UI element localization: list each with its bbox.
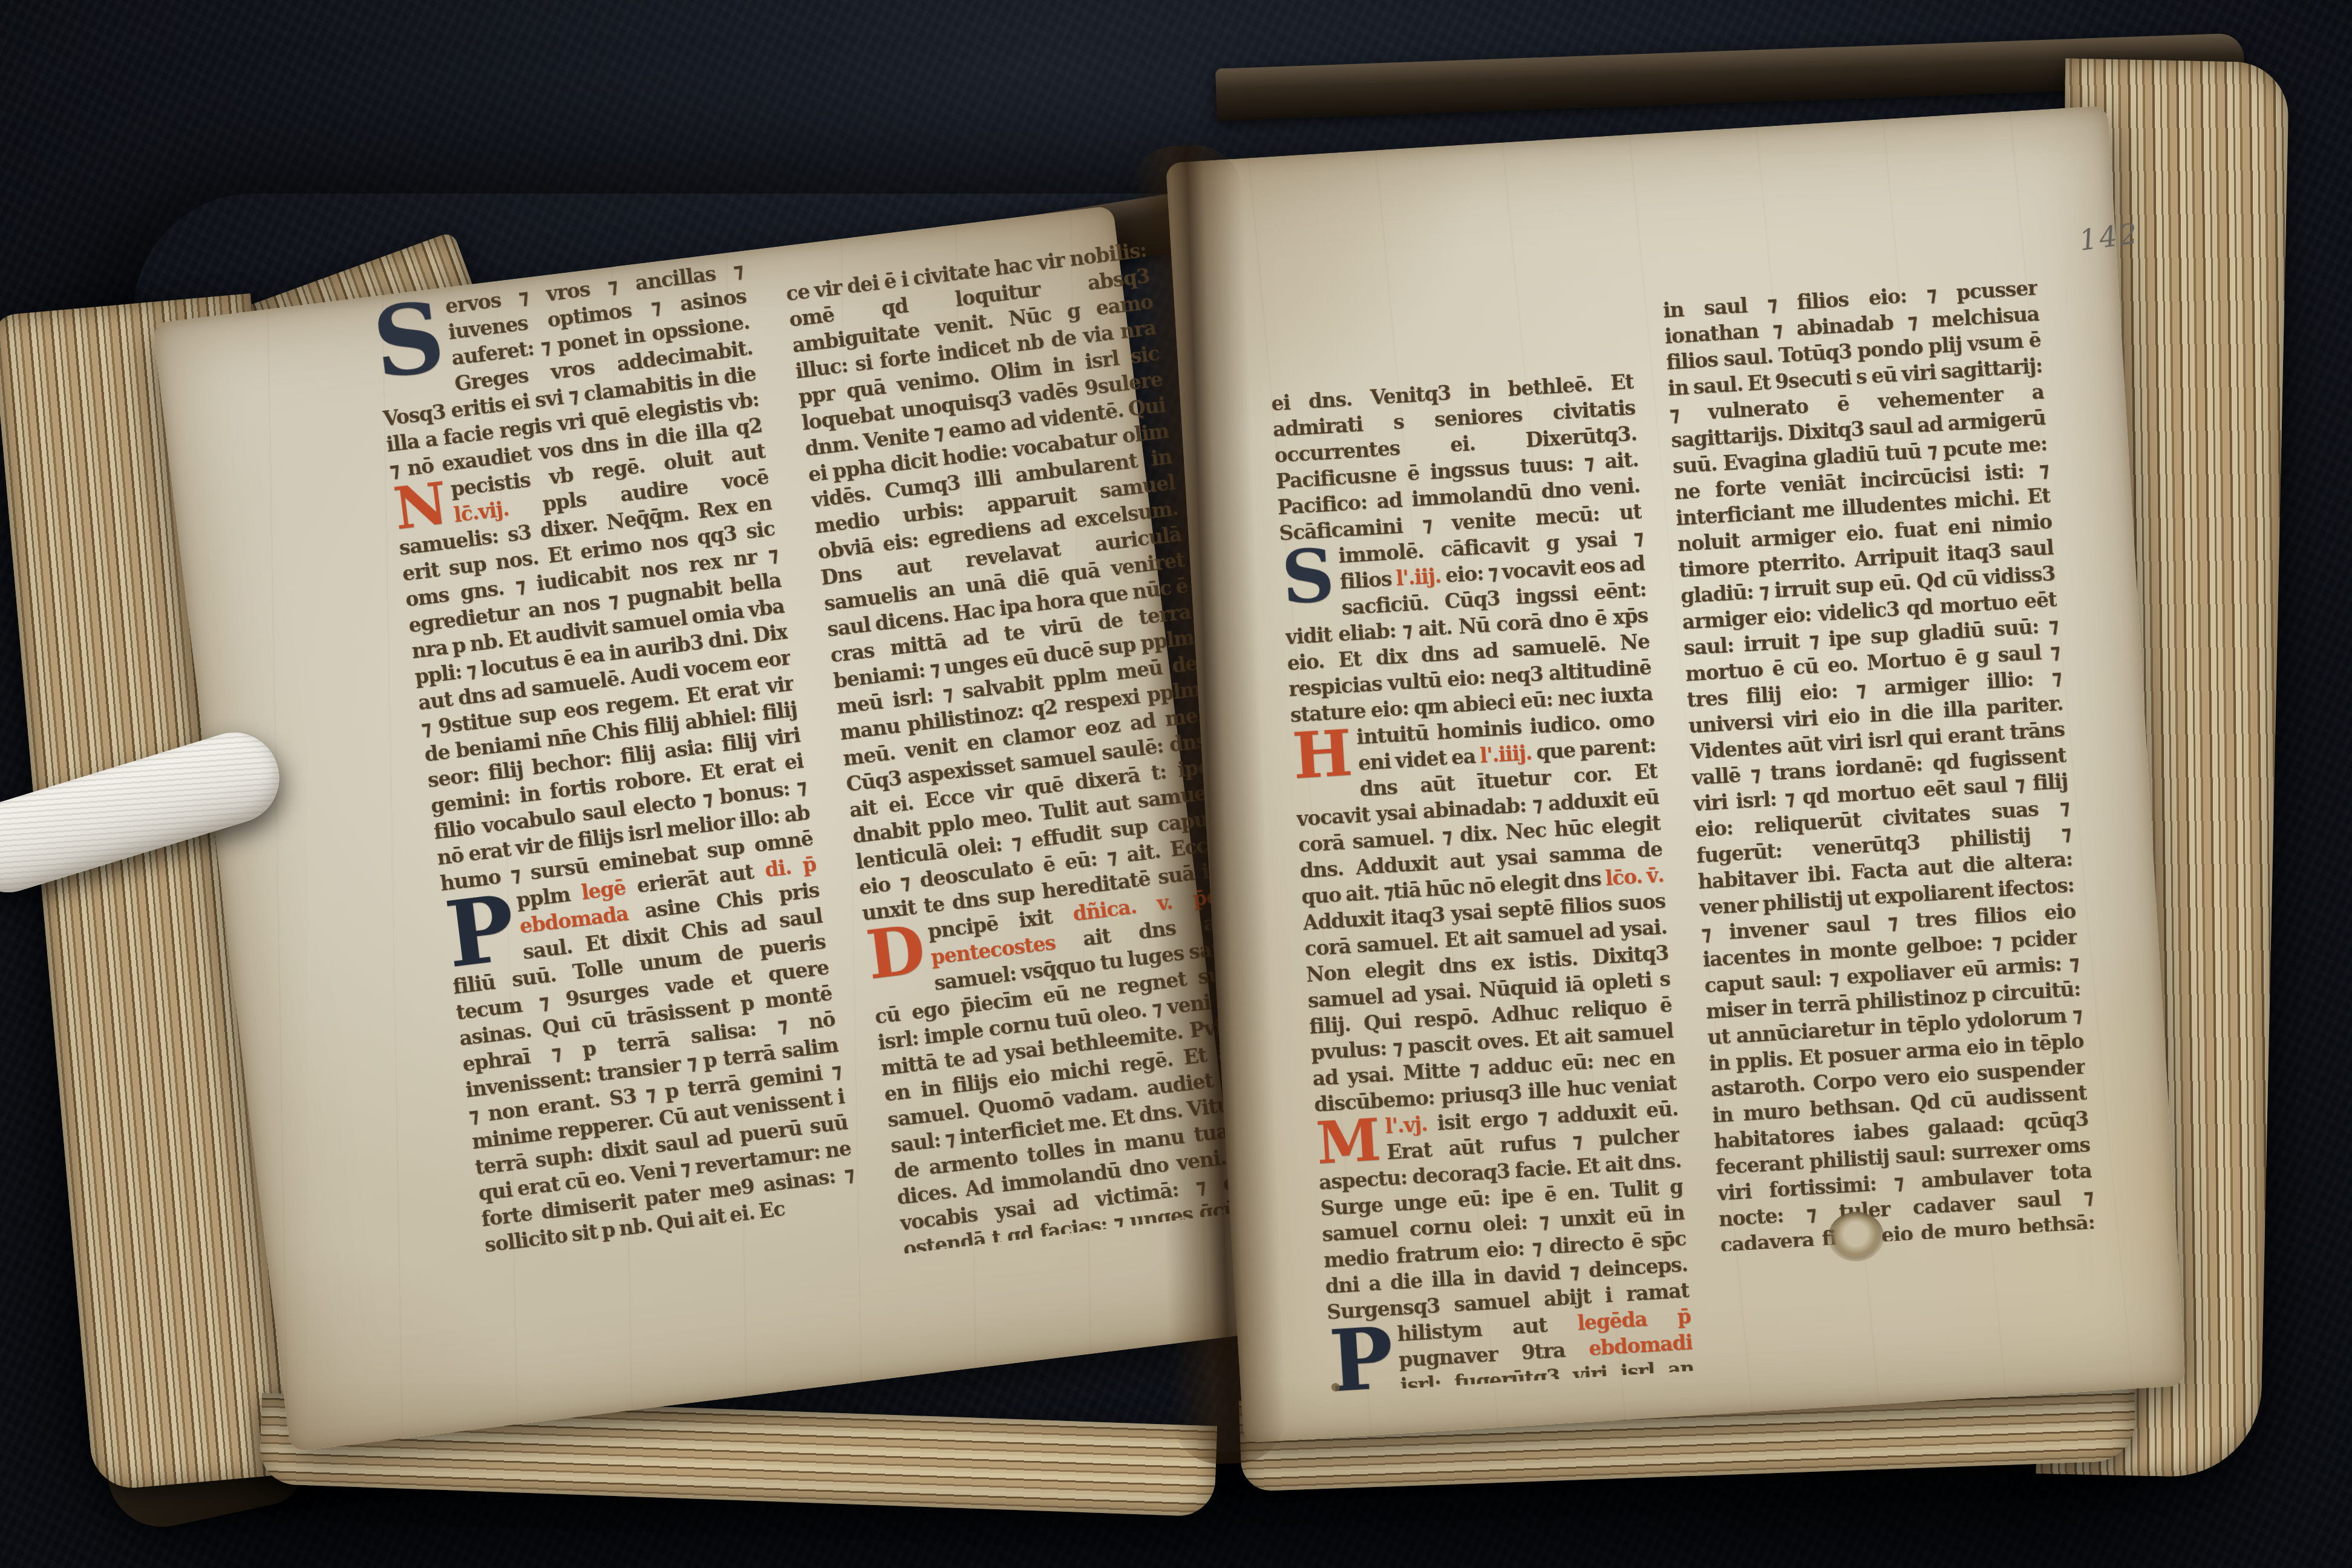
body-text: ixit bbox=[1018, 902, 1074, 932]
drop-cap-initial: S bbox=[369, 293, 454, 384]
drop-cap-initial: P bbox=[442, 887, 524, 973]
lectio-numeral: lc̄o. v̄. bbox=[1605, 863, 1665, 890]
body-text: Adduxit itaq3 ysai septē filios suos cor… bbox=[1302, 889, 1677, 1116]
body-text: ppls audire vocē samuelis: s3 dixer. Neq… bbox=[397, 465, 814, 912]
text-column-1: Servos ⁊ vros ⁊ ancillas ⁊ iuvenes optim… bbox=[369, 257, 864, 1299]
text-column-4: in saul ⁊ filios eio: ⁊ pcusser ionathan… bbox=[1662, 275, 2095, 1252]
lectio-numeral: l'.vj. bbox=[1385, 1111, 1438, 1138]
lectio-numeral: l'.iiij. bbox=[1479, 740, 1537, 768]
rubric-text: legēda p̄ bbox=[1576, 1304, 1691, 1334]
drop-cap-initial: N bbox=[391, 477, 456, 534]
rubric-text: legē bbox=[580, 874, 638, 904]
rubric-text: ebdomadi bbox=[1588, 1330, 1693, 1360]
drop-cap-initial: M bbox=[1315, 1113, 1388, 1168]
right-page: ei dns. Venitq3 in bethleē. Et admirati … bbox=[1166, 105, 2186, 1443]
drop-cap-initial: S bbox=[1280, 543, 1342, 608]
manuscript-photo-scene: Servos ⁊ vros ⁊ ancillas ⁊ iuvenes optim… bbox=[0, 0, 2352, 1568]
drop-cap-initial: H bbox=[1291, 724, 1359, 782]
lectio-numeral: l'.iij. bbox=[1395, 564, 1446, 590]
drop-cap-initial: P bbox=[1328, 1321, 1401, 1393]
text-column-3: ei dns. Venitq3 in bethleē. Et admirati … bbox=[1270, 368, 1694, 1393]
body-text: in saul ⁊ filios eio: ⁊ pcusser ionathan… bbox=[1662, 276, 2095, 1252]
drop-cap-initial: D bbox=[864, 919, 933, 983]
left-page: Servos ⁊ vros ⁊ ancillas ⁊ iuvenes optim… bbox=[152, 206, 1251, 1452]
